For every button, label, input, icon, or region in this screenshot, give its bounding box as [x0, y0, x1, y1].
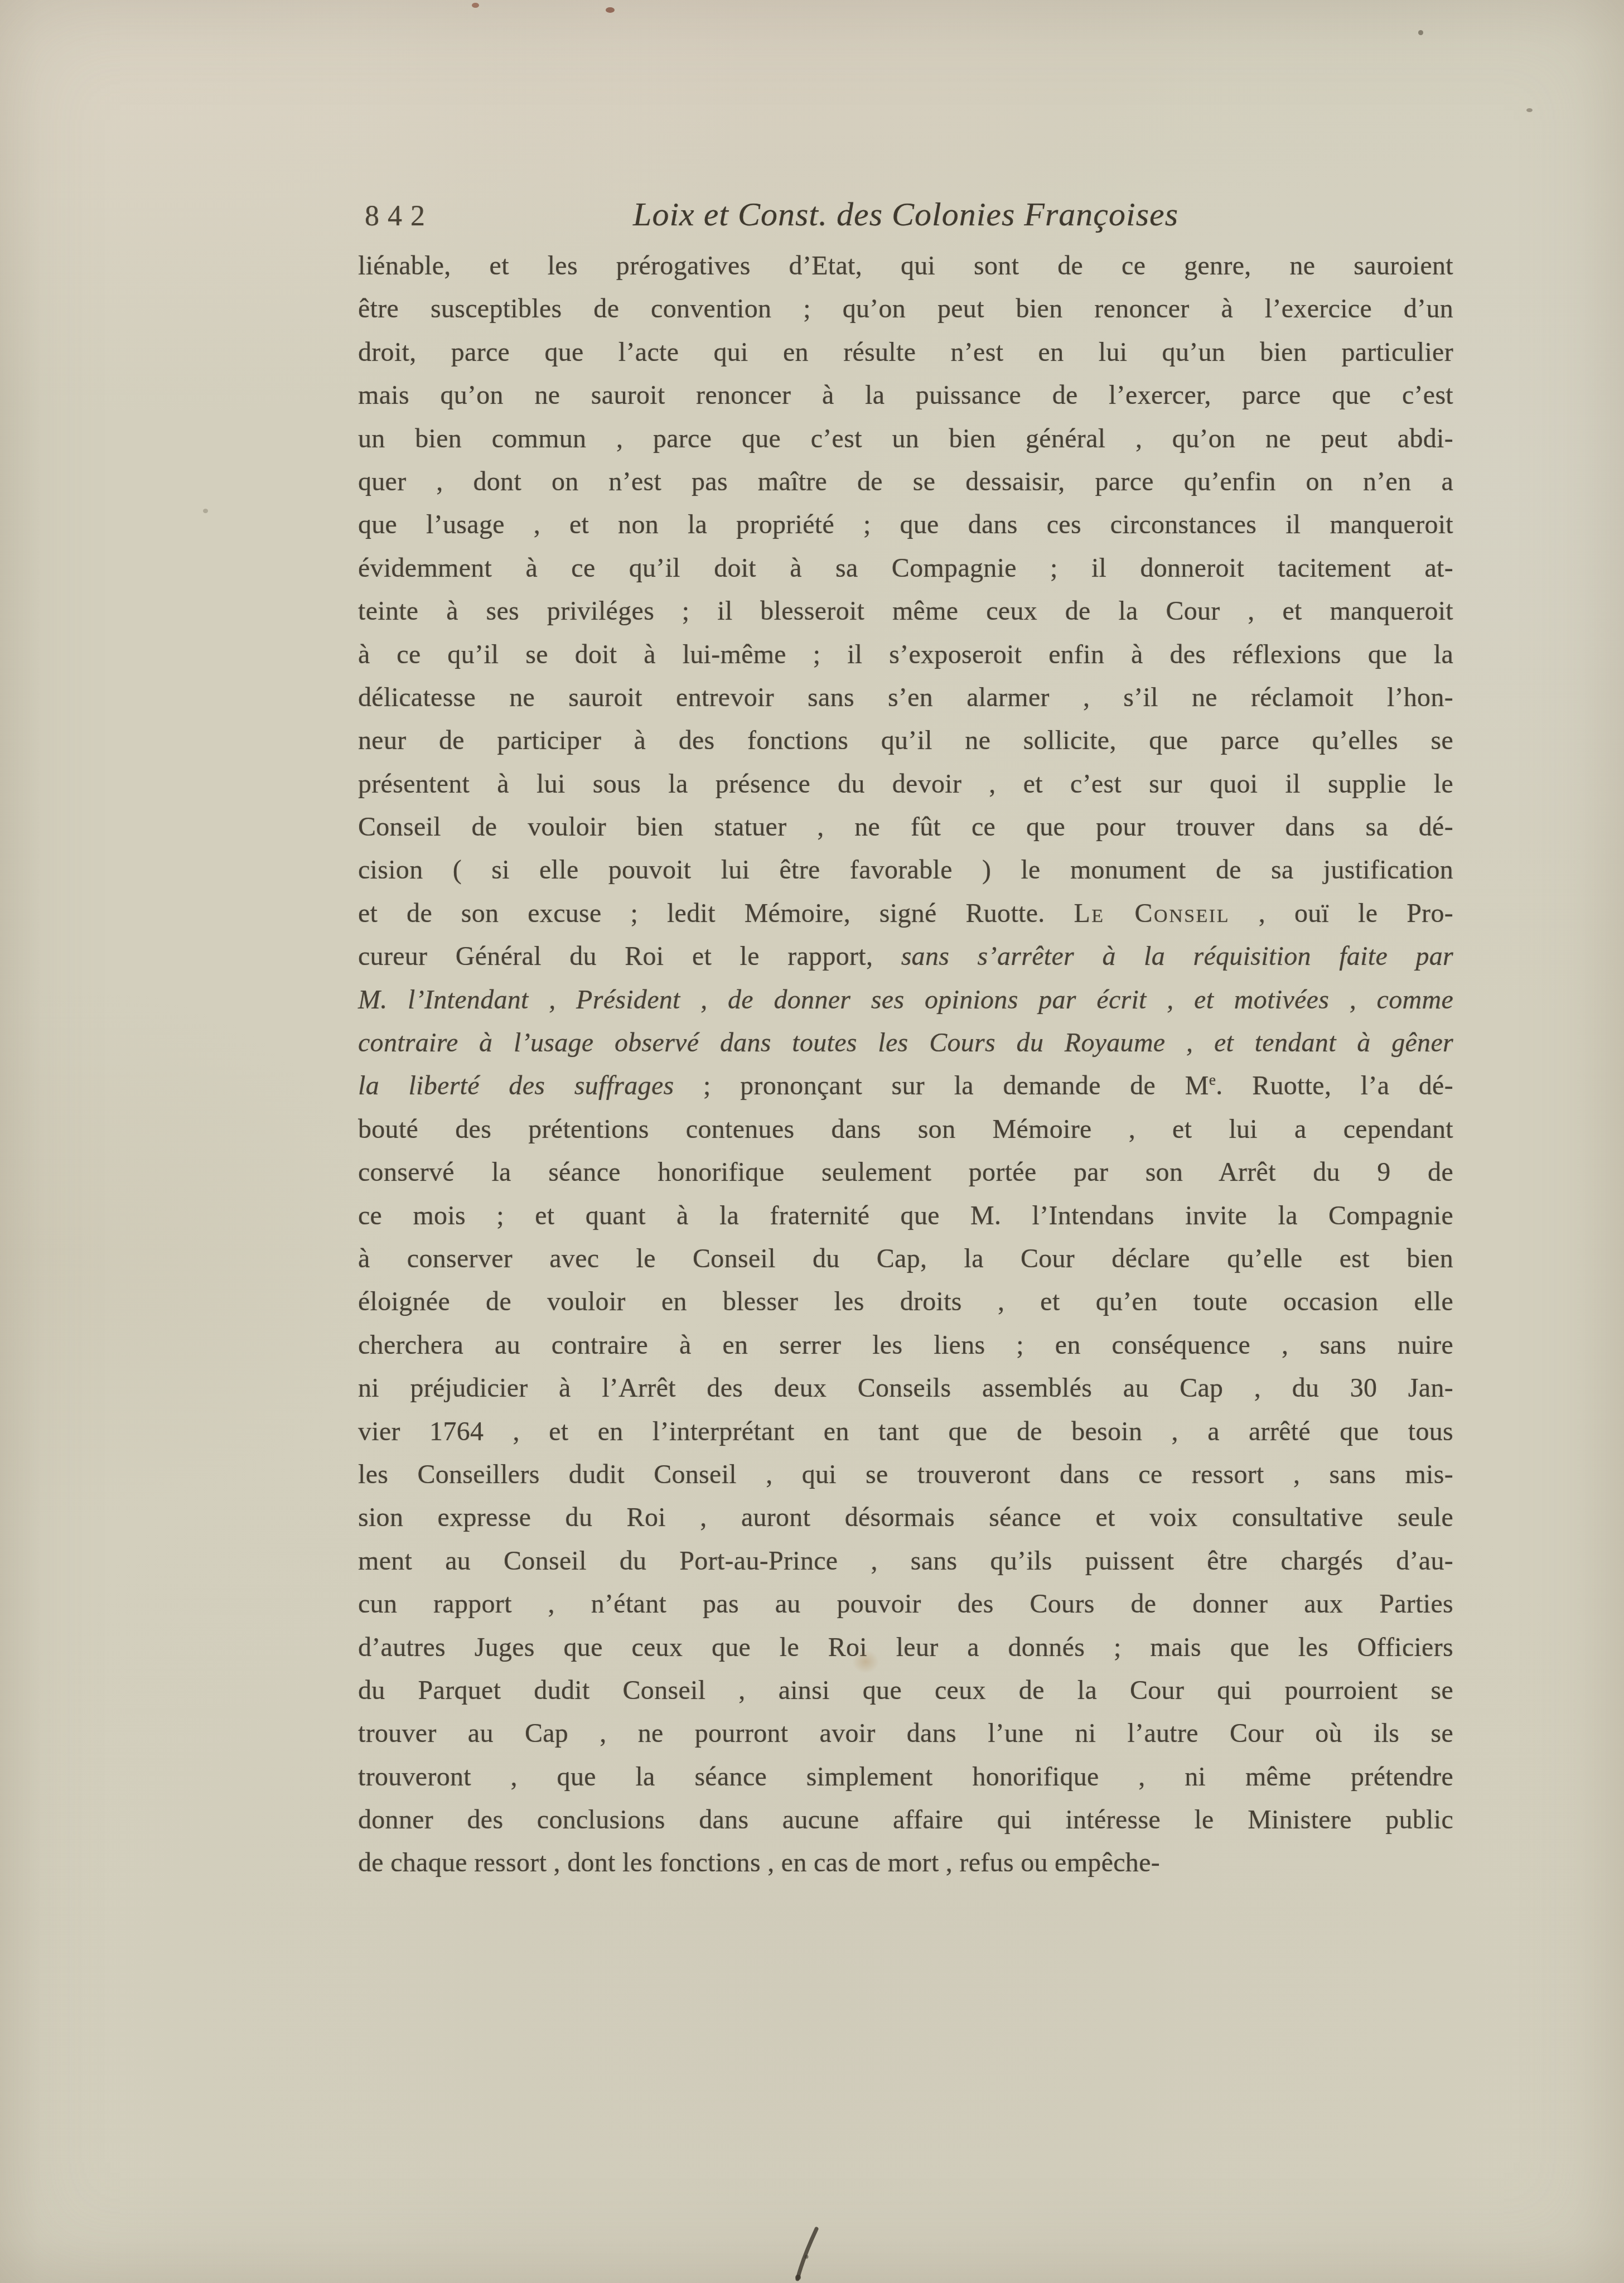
ink-speck	[606, 7, 615, 13]
text-line: trouveront , que la séance simplement ho…	[358, 1755, 1453, 1798]
text-line: à conserver avec le Conseil du Cap, la C…	[358, 1237, 1453, 1280]
text-line: vier 1764 , et en l’interprétant en tant…	[358, 1410, 1453, 1453]
body-text: ce mois ; et quant à la fraternité que M…	[358, 1201, 1453, 1230]
italic-text: contraire à l’usage observé dans toutes …	[358, 1028, 1453, 1058]
body-text: à ce qu’il se doit à lui-même ; il s’exp…	[358, 640, 1453, 669]
text-line: cureur Général du Roi et le rapport, san…	[358, 935, 1453, 978]
body-text: neur de participer à des fonctions qu’il…	[358, 726, 1453, 755]
paper-stain	[852, 1650, 879, 1673]
ink-stroke-mark	[790, 2224, 830, 2282]
body-text: et de son excuse ; ledit Mémoire, signé …	[358, 899, 1074, 928]
text-line: un bien commun , parce que c’est un bien…	[358, 417, 1453, 460]
text-line: sion expresse du Roi , auront désormais …	[358, 1496, 1453, 1539]
body-text: cherchera au contraire à en serrer les l…	[358, 1330, 1453, 1360]
body-text: vier 1764 , et en l’interprétant en tant…	[358, 1417, 1453, 1446]
text-line: et de son excuse ; ledit Mémoire, signé …	[358, 892, 1453, 935]
text-line: mais qu’on ne sauroit renoncer à la puis…	[358, 374, 1453, 417]
body-text: d’autres Juges que ceux que le Roi leur …	[358, 1633, 1453, 1662]
text-line: à ce qu’il se doit à lui-même ; il s’exp…	[358, 633, 1453, 676]
body-text: ni préjudicier à l’Arrêt des deux Consei…	[358, 1373, 1453, 1403]
text-line: cun rapport , n’étant pas au pouvoir des…	[358, 1582, 1453, 1625]
running-title: Loix et Const. des Colonies Françoises	[358, 195, 1453, 234]
body-text: évidemment à ce qu’il doit à sa Compagni…	[358, 553, 1453, 583]
body-text: éloignée de vouloir en blesser les droit…	[358, 1287, 1453, 1316]
body-text: cun rapport , n’étant pas au pouvoir des…	[358, 1589, 1453, 1619]
text-line: les Conseillers dudit Conseil , qui se t…	[358, 1453, 1453, 1496]
body-text: , ouï le Pro-	[1230, 899, 1453, 928]
body-text: un bien commun , parce que c’est un bien…	[358, 424, 1453, 453]
body-text: . Ruotte, l’a dé-	[1216, 1071, 1453, 1101]
body-text: cureur Général du Roi et le rapport,	[358, 942, 901, 971]
scanned-book-page: 842 Loix et Const. des Colonies François…	[0, 0, 1624, 2283]
ink-speck	[1526, 108, 1533, 112]
body-text: teinte à ses priviléges ; il blesseroit …	[358, 596, 1453, 626]
body-text-block: liénable, et les prérogatives d’Etat, qu…	[358, 244, 1453, 1885]
text-line: éloignée de vouloir en blesser les droit…	[358, 1280, 1453, 1323]
body-text: du Parquet dudit Conseil , ainsi que ceu…	[358, 1676, 1453, 1705]
body-text: Conseil de vouloir bien statuer , ne fût…	[358, 812, 1453, 842]
body-text: liénable, et les prérogatives d’Etat, qu…	[358, 251, 1453, 281]
body-text: trouver au Cap , ne pourront avoir dans …	[358, 1719, 1453, 1748]
body-text: sion expresse du Roi , auront désormais …	[358, 1503, 1453, 1532]
text-line: trouver au Cap , ne pourront avoir dans …	[358, 1712, 1453, 1755]
text-line: ce mois ; et quant à la fraternité que M…	[358, 1194, 1453, 1237]
smallcaps-text: Le Conseil	[1074, 899, 1230, 928]
body-text: délicatesse ne sauroit entrevoir sans s’…	[358, 683, 1453, 712]
text-line: ni préjudicier à l’Arrêt des deux Consei…	[358, 1367, 1453, 1410]
body-text: les Conseillers dudit Conseil , qui se t…	[358, 1460, 1453, 1489]
body-text: à conserver avec le Conseil du Cap, la C…	[358, 1244, 1453, 1273]
text-line: contraire à l’usage observé dans toutes …	[358, 1021, 1453, 1064]
body-text: conservé la séance honorifique seulement…	[358, 1157, 1453, 1187]
body-text: ment au Conseil du Port-au-Prince , sans…	[358, 1546, 1453, 1576]
text-line: cherchera au contraire à en serrer les l…	[358, 1324, 1453, 1367]
text-line: teinte à ses priviléges ; il blesseroit …	[358, 590, 1453, 633]
body-text: cision ( si elle pouvoit lui être favora…	[358, 855, 1453, 885]
italic-text: la liberté des suffrages	[358, 1071, 674, 1101]
body-text: mais qu’on ne sauroit renoncer à la puis…	[358, 380, 1453, 410]
body-text: être susceptibles de convention ; qu’on …	[358, 294, 1453, 324]
ink-speck	[203, 509, 208, 513]
body-text: droit, parce que l’acte qui en résulte n…	[358, 337, 1453, 367]
text-line: quer , dont on n’est pas maître de se de…	[358, 460, 1453, 503]
text-line: donner des conclusions dans aucune affai…	[358, 1798, 1453, 1841]
ink-speck	[472, 3, 479, 8]
text-line: la liberté des suffrages ; prononçant su…	[358, 1064, 1453, 1107]
body-text: de chaque ressort , dont les fonctions ,…	[358, 1848, 1160, 1877]
italic-text: sans s’arrêter à la réquisition faite pa…	[901, 942, 1453, 971]
italic-text: M. l’Intendant , Président , de donner s…	[358, 985, 1453, 1015]
text-line: cision ( si elle pouvoit lui être favora…	[358, 848, 1453, 891]
text-line: évidemment à ce qu’il doit à sa Compagni…	[358, 547, 1453, 590]
text-line: que l’usage , et non la propriété ; que …	[358, 503, 1453, 546]
body-text: présentent à lui sous la présence du dev…	[358, 769, 1453, 799]
body-text: e	[1209, 1071, 1216, 1089]
text-line: ment au Conseil du Port-au-Prince , sans…	[358, 1539, 1453, 1582]
text-line: présentent à lui sous la présence du dev…	[358, 762, 1453, 805]
body-text: quer , dont on n’est pas maître de se de…	[358, 467, 1453, 496]
text-line: M. l’Intendant , Président , de donner s…	[358, 978, 1453, 1021]
body-text: ; prononçant sur la demande de M	[674, 1071, 1209, 1101]
body-text: donner des conclusions dans aucune affai…	[358, 1805, 1453, 1835]
body-text: que l’usage , et non la propriété ; que …	[358, 510, 1453, 539]
text-line: liénable, et les prérogatives d’Etat, qu…	[358, 244, 1453, 287]
text-line: délicatesse ne sauroit entrevoir sans s’…	[358, 676, 1453, 719]
text-line: d’autres Juges que ceux que le Roi leur …	[358, 1626, 1453, 1669]
page-header: 842 Loix et Const. des Colonies François…	[358, 195, 1453, 236]
text-line: neur de participer à des fonctions qu’il…	[358, 719, 1453, 762]
text-line: du Parquet dudit Conseil , ainsi que ceu…	[358, 1669, 1453, 1712]
text-line: droit, parce que l’acte qui en résulte n…	[358, 331, 1453, 374]
text-line: de chaque ressort , dont les fonctions ,…	[358, 1841, 1453, 1884]
text-line: bouté des prétentions contenues dans son…	[358, 1108, 1453, 1151]
text-line: conservé la séance honorifique seulement…	[358, 1151, 1453, 1194]
text-line: être susceptibles de convention ; qu’on …	[358, 287, 1453, 330]
body-text: trouveront , que la séance simplement ho…	[358, 1762, 1453, 1792]
body-text: bouté des prétentions contenues dans son…	[358, 1114, 1453, 1144]
text-line: Conseil de vouloir bien statuer , ne fût…	[358, 805, 1453, 848]
ink-speck	[1418, 30, 1423, 35]
